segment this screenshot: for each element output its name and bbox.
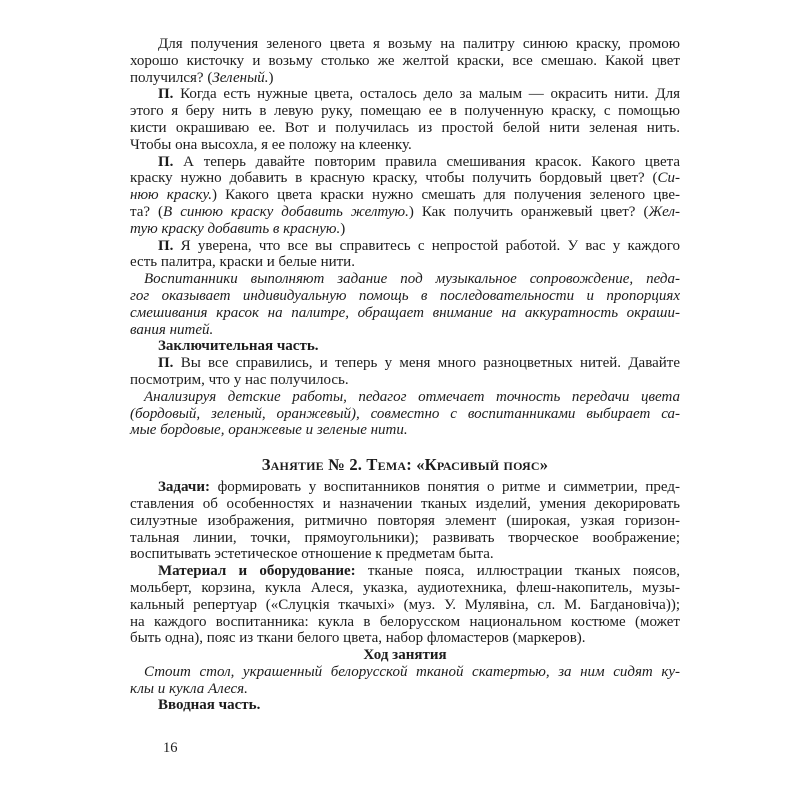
- text-line: воспитывать эстетическое отношение к пре…: [130, 546, 680, 563]
- page-number: 16: [163, 740, 178, 757]
- text-line: вания нитей.: [130, 322, 680, 339]
- text-line: тальная линии, точки, прямоугольники); р…: [130, 530, 680, 547]
- lesson-flow-heading: Ход занятия: [130, 647, 680, 664]
- paragraph-green-color: Для получения зеленого цвета я возьму на…: [130, 36, 680, 86]
- document-content: Для получения зеленого цвета я возьму на…: [130, 36, 680, 714]
- text-line: (бордовый, зеленый, оранжевый), совместн…: [130, 406, 680, 423]
- paragraph-teacher-encouragement: П. Я уверена, что все вы справитесь с не…: [130, 238, 680, 272]
- text-line: Заключительная часть.: [130, 338, 680, 355]
- text-line: Анализируя детские работы, педагог отмеч…: [130, 389, 680, 406]
- text-line: П. Когда есть нужные цвета, осталось дел…: [130, 86, 680, 103]
- text-line: Воспитанники выполняют задание под музык…: [130, 271, 680, 288]
- text-line: быть одна), пояс из ткани белого цвета, …: [130, 630, 680, 647]
- text-line: П. А теперь давайте повторим правила сме…: [130, 154, 680, 171]
- stage-direction-analysis: Анализируя детские работы, педагог отмеч…: [130, 389, 680, 439]
- text-line: краску нужно добавить в красную краску, …: [130, 170, 680, 187]
- text-line: ставления об особенностях и назначении т…: [130, 496, 680, 513]
- text-line: гог оказывает индивидуальную помощь в по…: [130, 288, 680, 305]
- paragraph-materials: Материал и оборудование: тканые пояса, и…: [130, 563, 680, 647]
- text-line: посмотрим, что у нас получилось.: [130, 372, 680, 389]
- stage-direction-music: Воспитанники выполняют задание под музык…: [130, 271, 680, 338]
- text-line: Материал и оборудование: тканые пояса, и…: [130, 563, 680, 580]
- text-line: П. Вы все справились, и теперь у меня мн…: [130, 355, 680, 372]
- paragraph-tasks: Задачи: формировать у воспитанников поня…: [130, 479, 680, 563]
- paragraph-teacher-conclusion: П. Вы все справились, и теперь у меня мн…: [130, 355, 680, 389]
- text-line: на каждого воспитанника: кукла в белорус…: [130, 614, 680, 631]
- text-line: есть палитра, краски и белые нити.: [130, 254, 680, 271]
- text-line: клы и кукла Алеся.: [130, 681, 680, 698]
- text-line: П. Я уверена, что все вы справитесь с не…: [130, 238, 680, 255]
- text-line: Ход занятия: [130, 647, 680, 664]
- text-line: та? (В синюю краску добавить желтую.) Ка…: [130, 204, 680, 221]
- text-line: Занятие № 2. Тема: «Красивый пояс»: [130, 455, 680, 474]
- document-page: Для получения зеленого цвета я возьму на…: [0, 0, 800, 800]
- paragraph-teacher-dye-threads: П. Когда есть нужные цвета, осталось дел…: [130, 86, 680, 153]
- text-line: мые бордовые, оранжевые и зеленые нити.: [130, 422, 680, 439]
- text-line: кальный репертуар («Слуцкія ткачыхі» (му…: [130, 597, 680, 614]
- text-line: нюю краску.) Какого цвета краски нужно с…: [130, 187, 680, 204]
- text-line: смешивания красок на палитре, обращает в…: [130, 305, 680, 322]
- text-line: тую краску добавить в красную.): [130, 221, 680, 238]
- subsection-heading-intro-part: Вводная часть.: [130, 697, 680, 714]
- text-line: хорошо кисточку и возьму столько же желт…: [130, 53, 680, 70]
- text-line: Чтобы она высохла, я ее положу на клеенк…: [130, 137, 680, 154]
- text-line: силуэтные изображения, ритмично повторяя…: [130, 513, 680, 530]
- subsection-heading-final-part: Заключительная часть.: [130, 338, 680, 355]
- text-line: Для получения зеленого цвета я возьму на…: [130, 36, 680, 53]
- text-line: Стоит стол, украшенный белорусской ткано…: [130, 664, 680, 681]
- text-line: получился? (Зеленый.): [130, 70, 680, 87]
- text-line: этого я беру нить в левую руку, помещаю …: [130, 103, 680, 120]
- text-line: мольберт, корзина, кукла Алеся, указка, …: [130, 580, 680, 597]
- text-line: Вводная часть.: [130, 697, 680, 714]
- lesson-2-heading: Занятие № 2. Тема: «Красивый пояс»: [130, 455, 680, 474]
- text-line: Задачи: формировать у воспитанников поня…: [130, 479, 680, 496]
- paragraph-teacher-mixing-rules: П. А теперь давайте повторим правила сме…: [130, 154, 680, 238]
- text-line: кисти окрашиваю ее. Вот и получилась из …: [130, 120, 680, 137]
- stage-direction-table: Стоит стол, украшенный белорусской ткано…: [130, 664, 680, 698]
